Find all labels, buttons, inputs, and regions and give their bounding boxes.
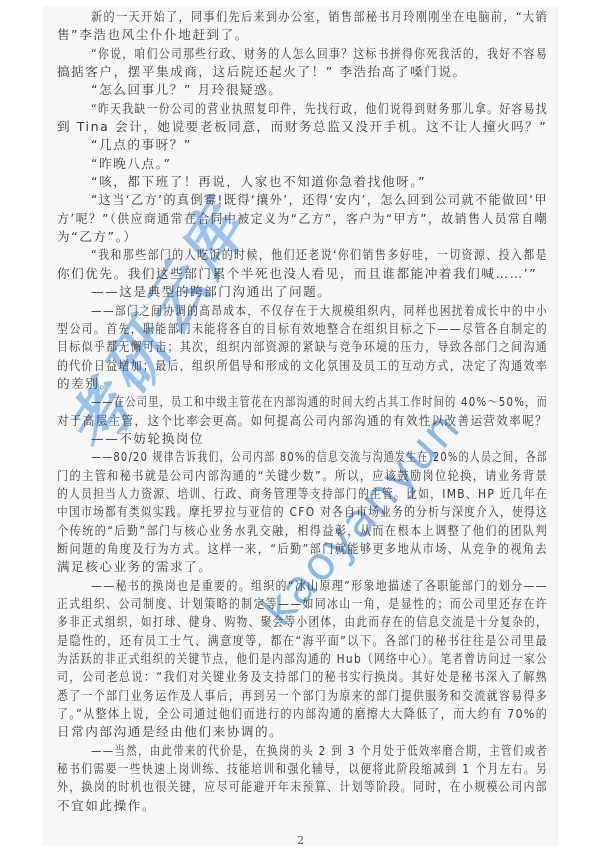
text-line: 搞掂客户，摆平集成商，这后院还起火了！” 李浩抬高了嗓门说。 bbox=[57, 63, 549, 81]
text-line: “昨天我缺一份公司的营业执照复印件，先找行政，他们说得到财务那儿拿。好容易找 bbox=[57, 100, 549, 118]
text-line: 满足核心业务的需求了。 bbox=[57, 558, 549, 576]
page-number: 2 bbox=[297, 834, 304, 847]
text-line: 个传统的“后勤”部门与核心业务水乳交融，相得益彰，从而在根本上调整了他们的团队判 bbox=[57, 522, 549, 540]
text-line: ——秘书的换岗也是重要的。组织的“冰山原理”形象地描述了各职能部门的划分—— bbox=[57, 577, 549, 595]
text-line: 是隐性的，还有员工士气、满意度等，都在“海平面”以下。各部门的秘书往往是公司里最 bbox=[57, 632, 549, 650]
text-line: “昨晚八点。” bbox=[57, 155, 549, 173]
text-line: 悉了一个部门业务运作及人事后，再到另一个部门为原来的部门提供服务和交流就容易得多 bbox=[57, 687, 549, 705]
document-body: 新的一天开始了，同事们先后来到办公室，销售部秘书月玲刚刚坐在电脑前，“大销售”李… bbox=[57, 8, 549, 815]
text-line: “怎么回事儿？” 月玲很疑惑。 bbox=[57, 81, 549, 99]
text-line: “几点的事呀？” bbox=[57, 136, 549, 154]
text-line: “我和那些部门的人吃饭的时候，他们还老说‘你们销售多好哇，一切资源、投入都是 bbox=[57, 246, 549, 264]
text-line: 司，公司老总说：“我们对关键业务及支持部门的秘书实行换岗。其好处是秘书深入了解熟 bbox=[57, 668, 549, 686]
text-line: 正式组织、公司制度、计划策略的制定等——如同冰山一角，是显性的；而公司里还存在许 bbox=[57, 595, 549, 613]
text-line: 型公司。首先，职能部门未能将各自的目标有效地整合在组织目标之下——尽管各自制定的 bbox=[57, 320, 549, 338]
text-line: “这当‘乙方’的真倒霉!既得‘攘外’，还得‘安内’，怎么回到公司就不能做回‘甲 bbox=[57, 191, 549, 209]
text-line: 售”李浩也风尘仆仆地赶到了。 bbox=[57, 26, 549, 44]
text-line: 目标似乎都无懈可击；其次，组织内部资源的紧缺与竞争环境的压力，导致各部门之间沟通 bbox=[57, 338, 549, 356]
text-line: 外，换岗的时机也很关键，应尽可能避开年末预算、计划等阶段。同时，在小规模公司内部 bbox=[57, 778, 549, 796]
text-line: 了。”从整体上说，全公司通过他们而进行的内部沟通的磨擦大大降低了，而大约有 70… bbox=[57, 705, 549, 723]
text-line: 你们优先。我们这些部门累个半死也没人看见，而且谁都能冲着我们喊……’” bbox=[57, 265, 549, 283]
text-line: ——80/20 规律告诉我们，公司内部 80%的信息交流与沟通发生在 20%的人… bbox=[57, 448, 549, 466]
text-line: ——在公司里，员工和中级主管花在内部沟通的时间大约占其工作时间的 40%～50%… bbox=[57, 393, 549, 411]
text-line: 新的一天开始了，同事们先后来到办公室，销售部秘书月玲刚刚坐在电脑前，“大销 bbox=[57, 8, 549, 26]
text-line: 为活跃的非正式组织的关键节点，他们是内部沟通的 Hub（网络中心）。笔者曾访问过… bbox=[57, 650, 549, 668]
text-line: “咳，都下班了！再说，人家也不知道你急着找他呀。” bbox=[57, 173, 549, 191]
text-line: 的人员担当人力资源、培训、行政、商务管理等支持部门的主管。比如，IMB、HP 近… bbox=[57, 485, 549, 503]
text-line: 到 Tina 会计，她说要老板同意，而财务总监又没开手机。这不让人撞火吗？” bbox=[57, 118, 549, 136]
text-line: 方’呢？”（供应商通常在合同中被定义为“乙方”，客户为“甲方”，故销售人员常自嘲 bbox=[57, 210, 549, 228]
text-line: 断问题的角度及行为方式。这样一来，“后勤”部门就能够更多地从市场、从竞争的视角去 bbox=[57, 540, 549, 558]
text-line: 对于高层主管，这个比率会更高。如何提高公司内部沟通的有效性以改善运营效率呢？ bbox=[57, 412, 549, 430]
text-line: ——这是典型的跨部门沟通出了问题。 bbox=[57, 283, 549, 301]
text-line: 中国市场都有类似实践。摩托罗拉与亚信的 CFO 对各自市场业务的分析与深度介入，… bbox=[57, 503, 549, 521]
text-line: 多非正式组织，如打球、健身、购物、聚会等小团体，由此而存在的信息交流是十分复杂的… bbox=[57, 613, 549, 631]
text-line: “你说，咱们公司那些行政、财务的人怎么回事？这标书拼得你死我活的，我好不容易 bbox=[57, 45, 549, 63]
text-line: ——当然，由此带来的代价是，在换岗的头 2 到 3 个月处于低效率磨合期，主管们… bbox=[57, 742, 549, 760]
text-line: 的差别。 bbox=[57, 375, 549, 393]
text-line: ——部门之间协调的高昂成本，不仅存在于大规模组织内，同样也困扰着成长中的中小 bbox=[57, 302, 549, 320]
text-line: 门的主管和秘书就是公司内部沟通的“关键少数”。所以，应该鼓励岗位轮换，请业务背景 bbox=[57, 467, 549, 485]
text-line: 不宜如此操作。 bbox=[57, 797, 549, 815]
text-line: 的代价日益增加；最后，组织所倡导和形成的文化氛围及员工的互动方式，决定了沟通效率 bbox=[57, 357, 549, 375]
text-line: ——不妨轮换岗位 bbox=[57, 430, 549, 448]
text-line: 为“乙方”。） bbox=[57, 228, 549, 246]
text-line: 秘书们需要一些快速上岗训练、技能培训和强化辅导，以便将此阶段缩减到 1 个月左右… bbox=[57, 760, 549, 778]
text-line: 日常内部沟通是经由他们来协调的。 bbox=[57, 723, 549, 741]
